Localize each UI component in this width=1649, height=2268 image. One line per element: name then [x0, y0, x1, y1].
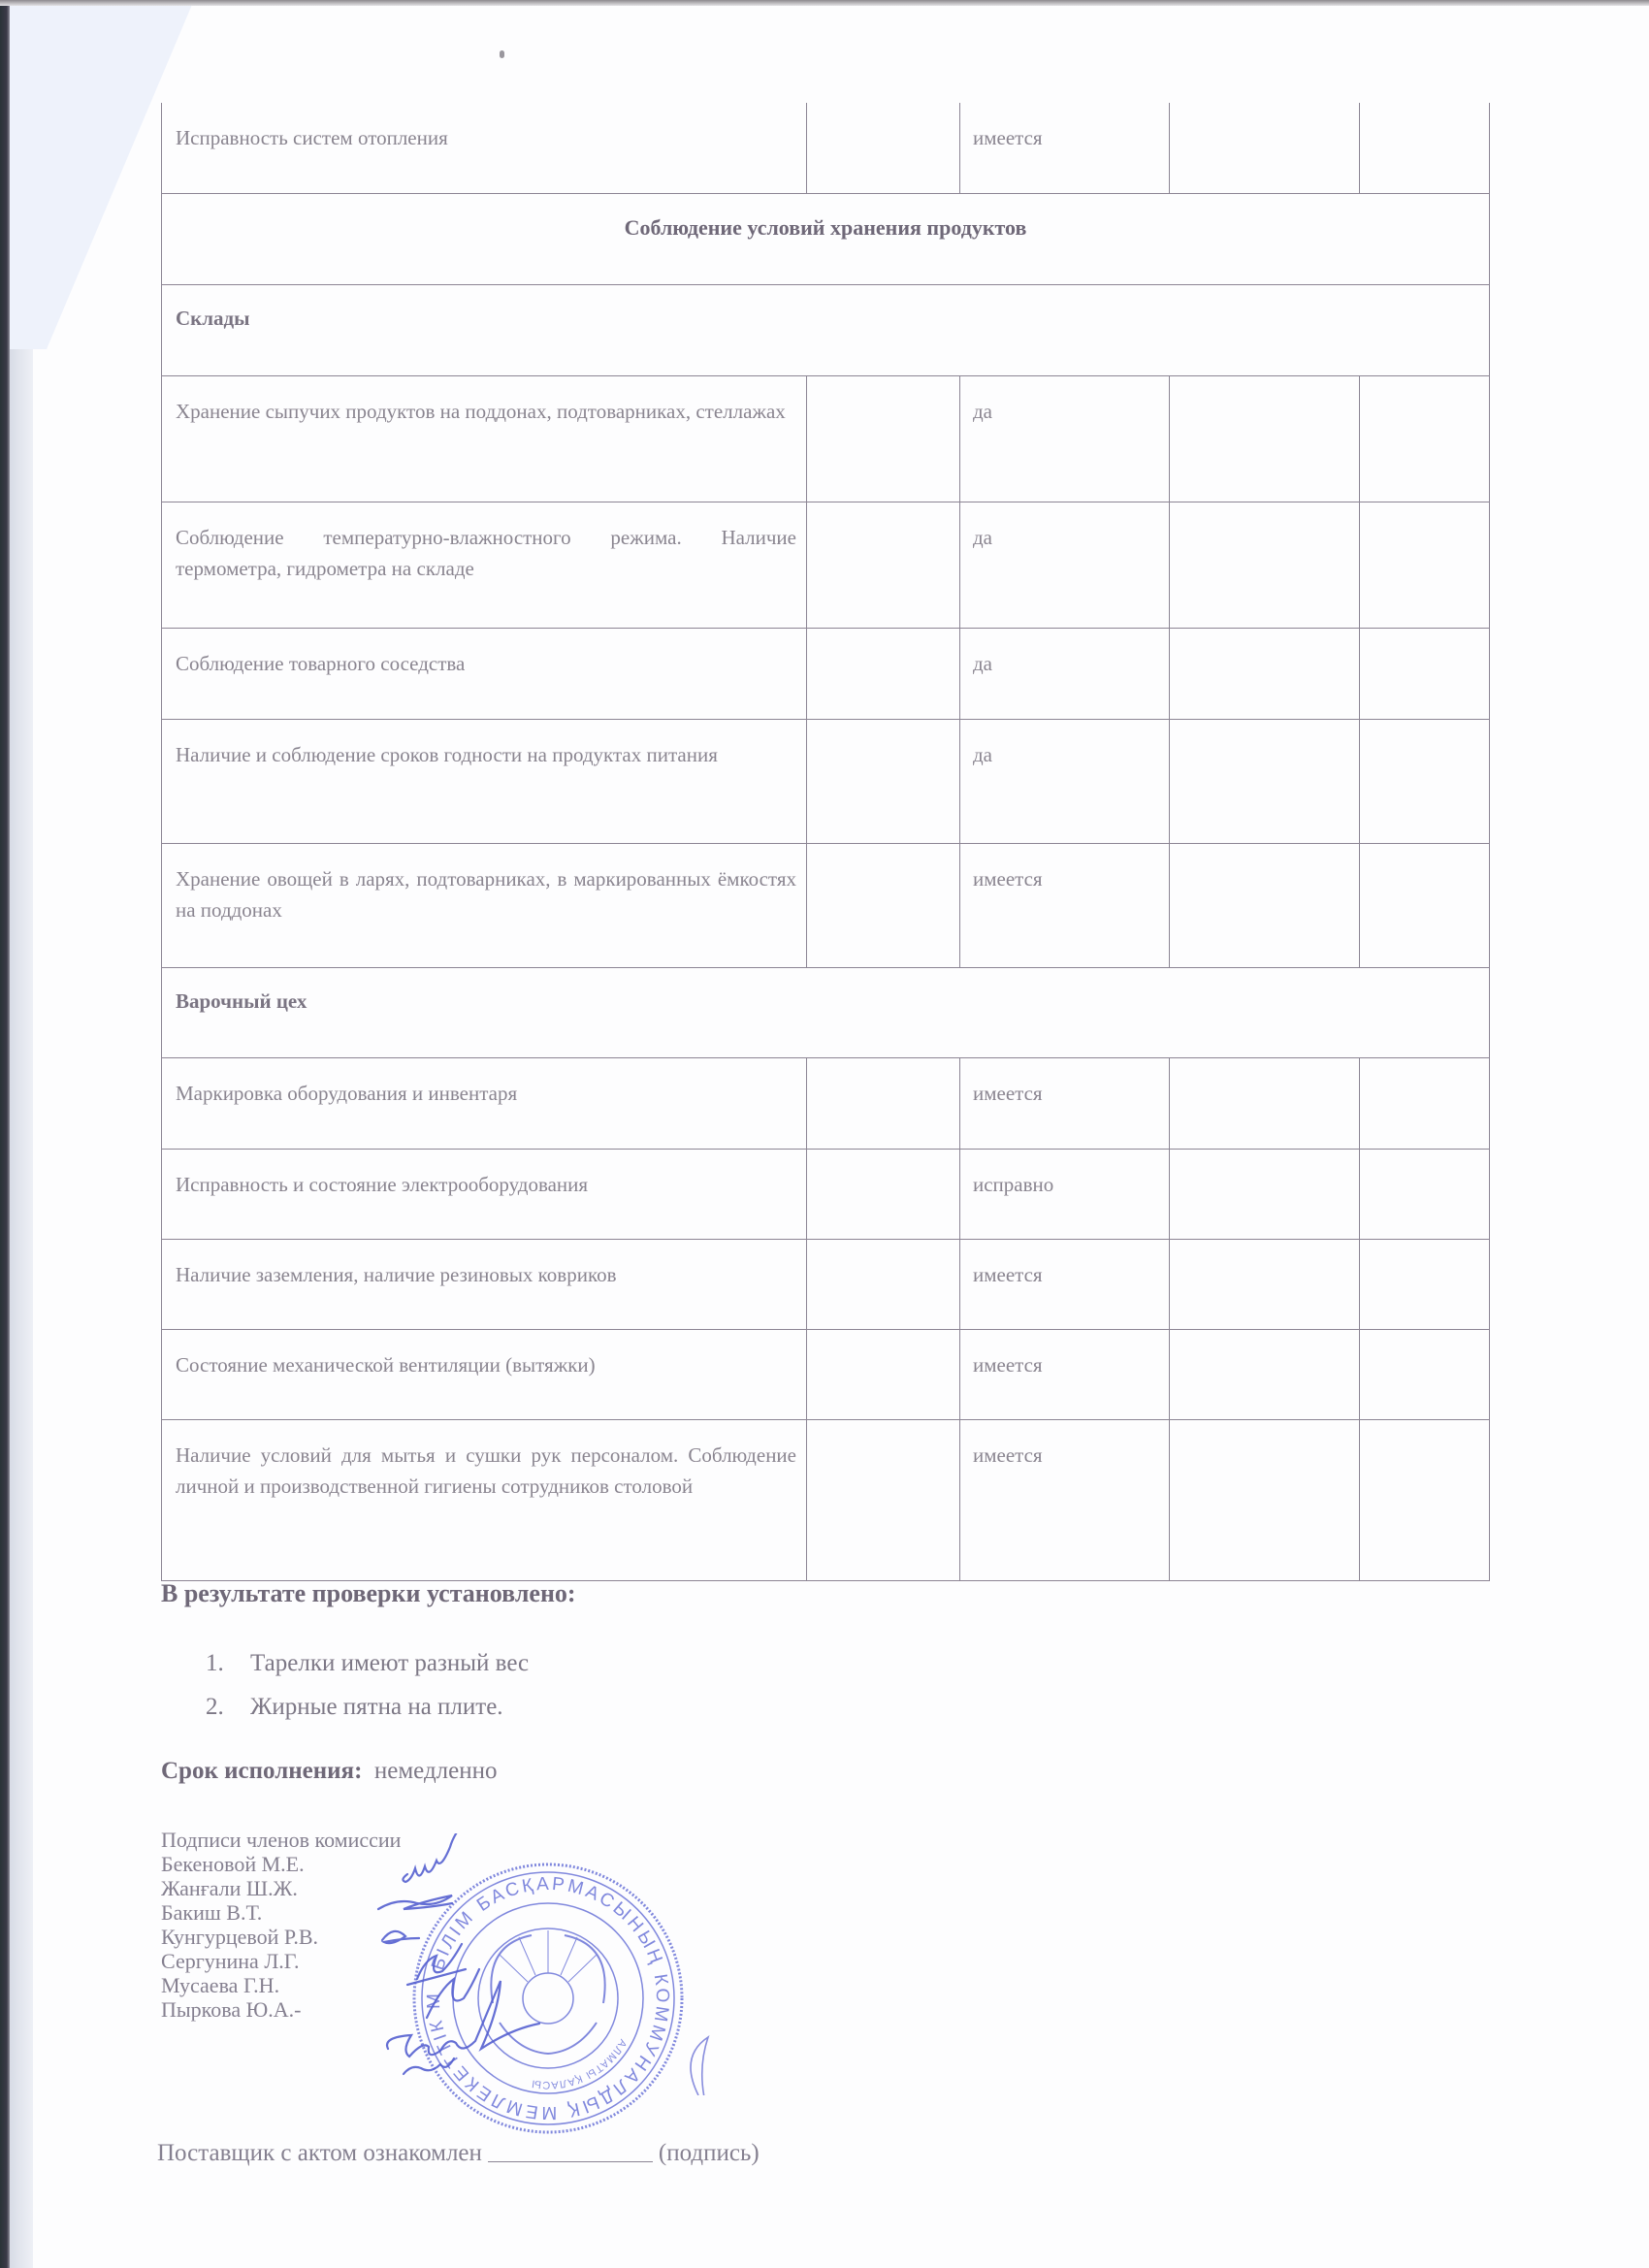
- criterion-text: Состояние механической вентиляции (вытяж…: [176, 1330, 796, 1419]
- column-divider: [1359, 1058, 1360, 1149]
- column-divider: [806, 720, 807, 843]
- column-divider: [959, 1150, 960, 1239]
- findings-list: 1.Тарелки имеют разный вес 2.Жирные пятн…: [206, 1641, 529, 1729]
- status-value: имеется: [973, 103, 1043, 193]
- status-value: имеется: [973, 1330, 1043, 1419]
- criterion-text: Наличие заземления, наличие резиновых ко…: [176, 1240, 796, 1329]
- column-divider: [1169, 1420, 1170, 1580]
- supplier-acknowledgement: Поставщик с актом ознакомлен(подпись): [157, 2140, 760, 2167]
- column-divider: [1359, 502, 1360, 628]
- column-divider: [959, 1330, 960, 1419]
- status-value: имеется: [973, 1420, 1043, 1580]
- status-value: имеется: [973, 1058, 1043, 1149]
- criterion-text: Соблюдение температурно-влажностного реж…: [176, 502, 796, 628]
- deadline: Срок исполнения: немедленно: [161, 1758, 498, 1785]
- column-divider: [959, 1420, 960, 1580]
- criterion-text: Хранение сыпучих продуктов на поддонах, …: [176, 376, 796, 502]
- signer: Кунгурцевой Р.В.: [161, 1925, 401, 1949]
- status-value: имеется: [973, 1240, 1043, 1329]
- column-divider: [1169, 502, 1170, 628]
- table-row: Хранение сыпучих продуктов на поддонах, …: [161, 376, 1490, 502]
- table-section-header: Соблюдение условий хранения продуктов: [161, 194, 1490, 285]
- status-value: имеется: [973, 844, 1043, 967]
- column-divider: [959, 502, 960, 628]
- column-divider: [959, 1058, 960, 1149]
- criterion-text: Соблюдение товарного соседства: [176, 629, 796, 719]
- column-divider: [1169, 103, 1170, 193]
- column-divider: [1359, 1330, 1360, 1419]
- commission-signatures: Подписи членов комиссии Бекеновой М.Е. Ж…: [161, 1828, 401, 2022]
- finding-item: 1.Тарелки имеют разный вес: [206, 1641, 529, 1685]
- subsection-title: Варочный цех: [176, 989, 307, 1014]
- table-row: Наличие заземления, наличие резиновых ко…: [161, 1240, 1490, 1330]
- status-value: да: [973, 629, 992, 719]
- table-row: Исправность систем отопленияимеется: [161, 103, 1490, 194]
- column-divider: [1169, 376, 1170, 502]
- column-divider: [1359, 844, 1360, 967]
- criterion-text: Наличие и соблюдение сроков годности на …: [176, 720, 796, 843]
- column-divider: [1169, 720, 1170, 843]
- subsection-title: Склады: [176, 307, 250, 331]
- handwritten-signatures-icon: [369, 1833, 776, 2095]
- supplier-text: Поставщик с актом ознакомлен: [157, 2140, 482, 2166]
- column-divider: [959, 103, 960, 193]
- signatures-title: Подписи членов комиссии: [161, 1828, 401, 1852]
- signer: Пыркова Ю.А.-: [161, 1997, 401, 2022]
- table-row: Наличие и соблюдение сроков годности на …: [161, 720, 1490, 844]
- column-divider: [806, 1330, 807, 1419]
- criterion-text: Наличие условий для мытья и сушки рук пе…: [176, 1420, 796, 1580]
- status-value: да: [973, 502, 992, 628]
- column-divider: [1169, 1240, 1170, 1329]
- scan-speck: [500, 50, 504, 58]
- criterion-text: Исправность систем отопления: [176, 103, 796, 193]
- column-divider: [1169, 1330, 1170, 1419]
- signer: Жанғали Ш.Ж.: [161, 1876, 401, 1900]
- deadline-value: немедленно: [374, 1758, 498, 1784]
- column-divider: [1169, 1058, 1170, 1149]
- table-row: Маркировка оборудования и инвентаряимеет…: [161, 1058, 1490, 1150]
- status-value: да: [973, 376, 992, 502]
- column-divider: [1359, 1150, 1360, 1239]
- criterion-text: Маркировка оборудования и инвентаря: [176, 1058, 796, 1149]
- signer: Мусаева Г.Н.: [161, 1973, 401, 1997]
- column-divider: [806, 1420, 807, 1580]
- column-divider: [806, 1150, 807, 1239]
- column-divider: [1169, 629, 1170, 719]
- column-divider: [1359, 376, 1360, 502]
- column-divider: [959, 376, 960, 502]
- table-row: Соблюдение товарного соседствада: [161, 629, 1490, 720]
- column-divider: [806, 376, 807, 502]
- column-divider: [806, 502, 807, 628]
- table-row: Наличие условий для мытья и сушки рук пе…: [161, 1420, 1490, 1581]
- supplier-suffix: (подпись): [659, 2140, 760, 2166]
- table-subsection-header: Склады: [161, 285, 1490, 376]
- column-divider: [806, 844, 807, 967]
- column-divider: [1359, 720, 1360, 843]
- criterion-text: Исправность и состояние электрооборудова…: [176, 1150, 796, 1239]
- column-divider: [1169, 844, 1170, 967]
- column-divider: [1359, 1240, 1360, 1329]
- column-divider: [1359, 1420, 1360, 1580]
- column-divider: [959, 720, 960, 843]
- supplier-signature-line: [488, 2161, 653, 2162]
- status-value: исправно: [973, 1150, 1053, 1239]
- section-title: Соблюдение условий хранения продуктов: [162, 215, 1489, 241]
- column-divider: [1359, 103, 1360, 193]
- inspection-table: Исправность систем отопленияимеетсяСоблю…: [161, 103, 1490, 1581]
- criterion-text: Хранение овощей в ларях, подтоварниках, …: [176, 844, 796, 967]
- signer: Бакиш В.Т.: [161, 1900, 401, 1925]
- table-row: Хранение овощей в ларях, подтоварниках, …: [161, 844, 1490, 968]
- scan-top-shadow: [0, 0, 1649, 6]
- table-row: Соблюдение температурно-влажностного реж…: [161, 502, 1490, 629]
- column-divider: [806, 103, 807, 193]
- signer: Бекеновой М.Е.: [161, 1852, 401, 1876]
- status-value: да: [973, 720, 992, 843]
- results-heading: В результате проверки установлено:: [161, 1579, 576, 1608]
- table-subsection-header: Варочный цех: [161, 968, 1490, 1058]
- scan-edge: [0, 0, 10, 2268]
- column-divider: [806, 629, 807, 719]
- table-row: Состояние механической вентиляции (вытяж…: [161, 1330, 1490, 1420]
- column-divider: [1359, 629, 1360, 719]
- column-divider: [959, 1240, 960, 1329]
- deadline-label: Срок исполнения: [161, 1758, 354, 1784]
- column-divider: [959, 844, 960, 967]
- column-divider: [1169, 1150, 1170, 1239]
- finding-item: 2.Жирные пятна на плите.: [206, 1685, 529, 1729]
- signer: Сергунина Л.Г.: [161, 1949, 401, 1973]
- column-divider: [806, 1240, 807, 1329]
- column-divider: [959, 629, 960, 719]
- column-divider: [806, 1058, 807, 1149]
- table-row: Исправность и состояние электрооборудова…: [161, 1150, 1490, 1240]
